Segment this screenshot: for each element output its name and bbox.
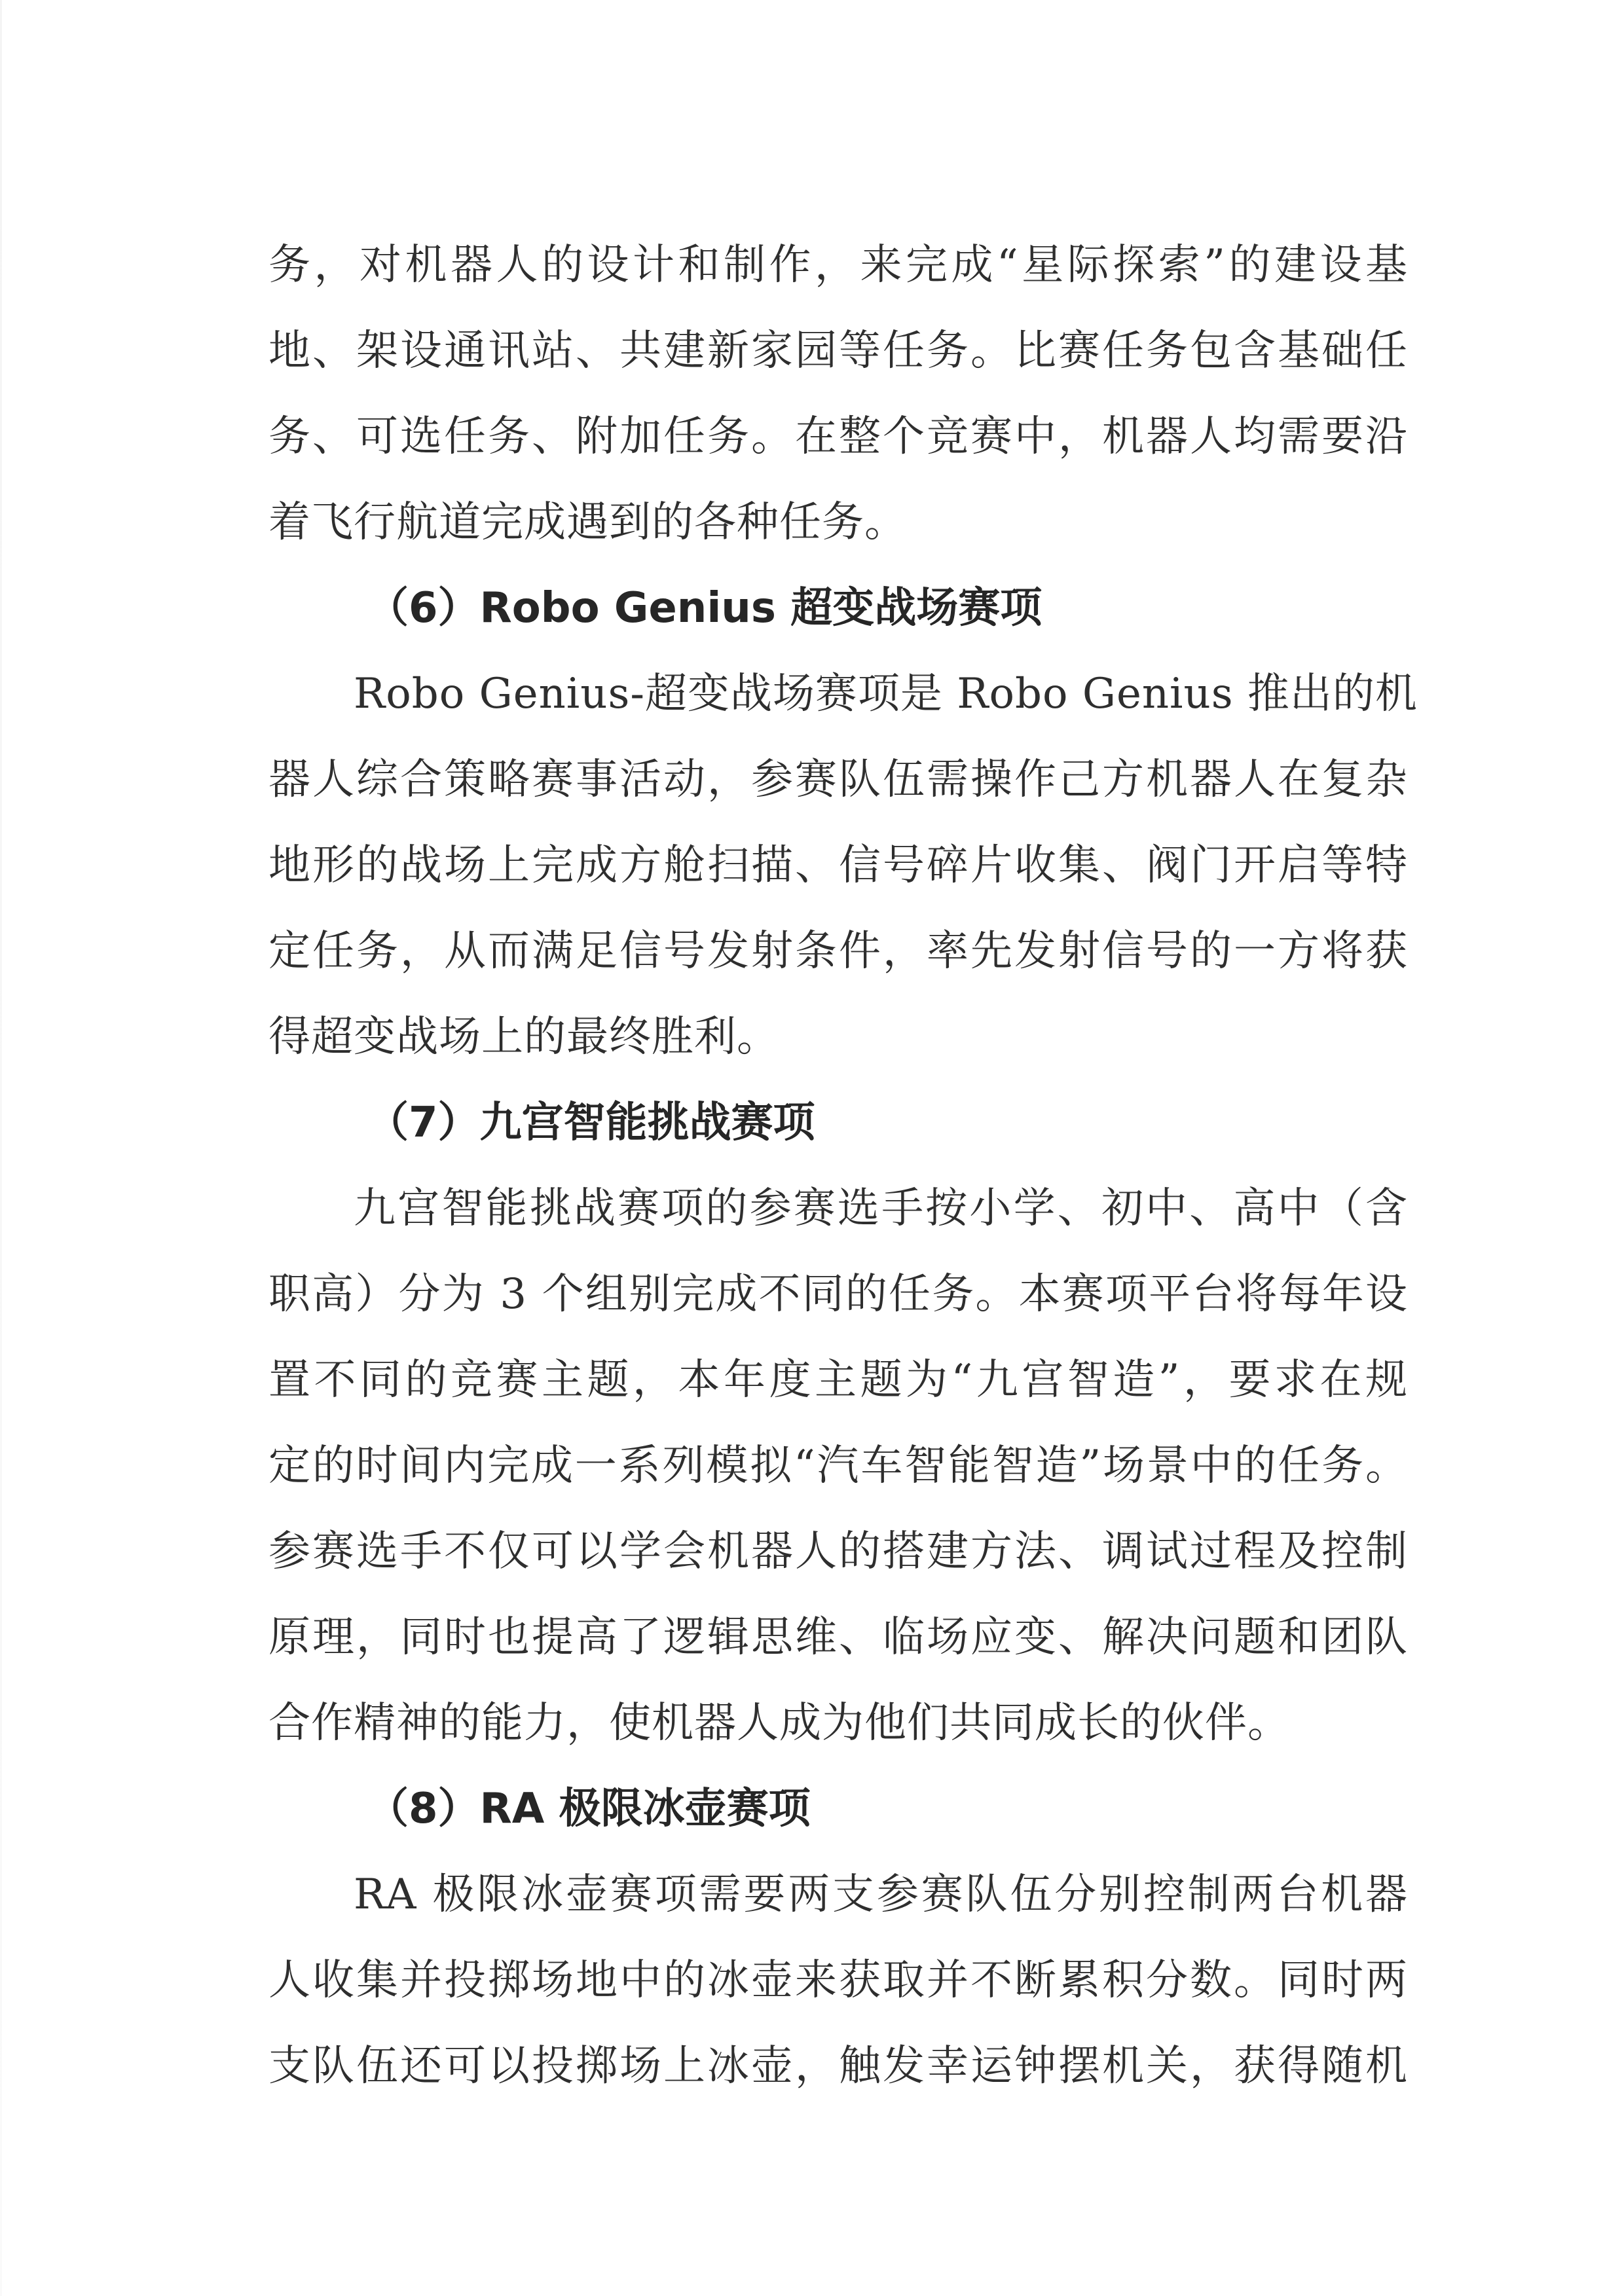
section-jiugong-challenge: （7）九宫智能挑战赛项 九宫智能挑战赛项的参赛选手按小学、初中、高中（含 职高）… bbox=[268, 1080, 1408, 1766]
text-line: 定的时间内完成一系列模拟“汽车智能智造”场景中的任务。 bbox=[268, 1423, 1408, 1509]
section-heading: （8）RA 极限冰壶赛项 bbox=[268, 1766, 1408, 1852]
section-heading: （7）九宫智能挑战赛项 bbox=[268, 1080, 1408, 1166]
text-line: 着飞行航道完成遇到的各种任务。 bbox=[268, 480, 1408, 566]
text-line: 参赛选手不仅可以学会机器人的搭建方法、调试过程及控制 bbox=[268, 1509, 1408, 1595]
text-line: 合作精神的能力，使机器人成为他们共同成长的伙伴。 bbox=[268, 1681, 1408, 1766]
text-line: 地、架设通讯站、共建新家园等任务。比赛任务包含基础任 bbox=[268, 308, 1408, 394]
text-line: 置不同的竞赛主题，本年度主题为“九宫智造”，要求在规 bbox=[268, 1338, 1408, 1423]
text-line: 务，对机器人的设计和制作，来完成“星际探索”的建设基 bbox=[268, 223, 1408, 308]
text-line: 原理，同时也提高了逻辑思维、临场应变、解决问题和团队 bbox=[268, 1595, 1408, 1681]
section-heading: （6）Robo Genius 超变战场赛项 bbox=[268, 566, 1408, 651]
section-ra-curling: （8）RA 极限冰壶赛项 RA 极限冰壶赛项需要两支参赛队伍分别控制两台机器 人… bbox=[268, 1766, 1408, 2109]
text-line: 定任务，从而满足信号发射条件，率先发射信号的一方将获 bbox=[268, 909, 1408, 994]
text-line: 九宫智能挑战赛项的参赛选手按小学、初中、高中（含 bbox=[268, 1166, 1408, 1252]
document-page: 务，对机器人的设计和制作，来完成“星际探索”的建设基 地、架设通讯站、共建新家园… bbox=[268, 223, 1408, 2109]
text-line: Robo Genius-超变战场赛项是 Robo Genius 推出的机 bbox=[268, 651, 1408, 737]
text-line: RA 极限冰壶赛项需要两支参赛队伍分别控制两台机器 bbox=[268, 1852, 1408, 1938]
text-line: 人收集并投掷场地中的冰壶来获取并不断累积分数。同时两 bbox=[268, 1938, 1408, 2024]
paragraph-continuation: 务，对机器人的设计和制作，来完成“星际探索”的建设基 地、架设通讯站、共建新家园… bbox=[268, 223, 1408, 566]
text-line: 支队伍还可以投掷场上冰壶，触发幸运钟摆机关，获得随机 bbox=[268, 2024, 1408, 2109]
text-line: 务、可选任务、附加任务。在整个竞赛中，机器人均需要沿 bbox=[268, 394, 1408, 480]
text-line: 地形的战场上完成方舱扫描、信号碎片收集、阀门开启等特 bbox=[268, 823, 1408, 909]
section-robo-genius: （6）Robo Genius 超变战场赛项 Robo Genius-超变战场赛项… bbox=[268, 566, 1408, 1080]
text-line: 职高）分为 3 个组别完成不同的任务。本赛项平台将每年设 bbox=[268, 1252, 1408, 1338]
scan-edge-shadow bbox=[0, 0, 2, 2296]
text-line: 得超变战场上的最终胜利。 bbox=[268, 994, 1408, 1080]
text-line: 器人综合策略赛事活动，参赛队伍需操作己方机器人在复杂 bbox=[268, 737, 1408, 823]
